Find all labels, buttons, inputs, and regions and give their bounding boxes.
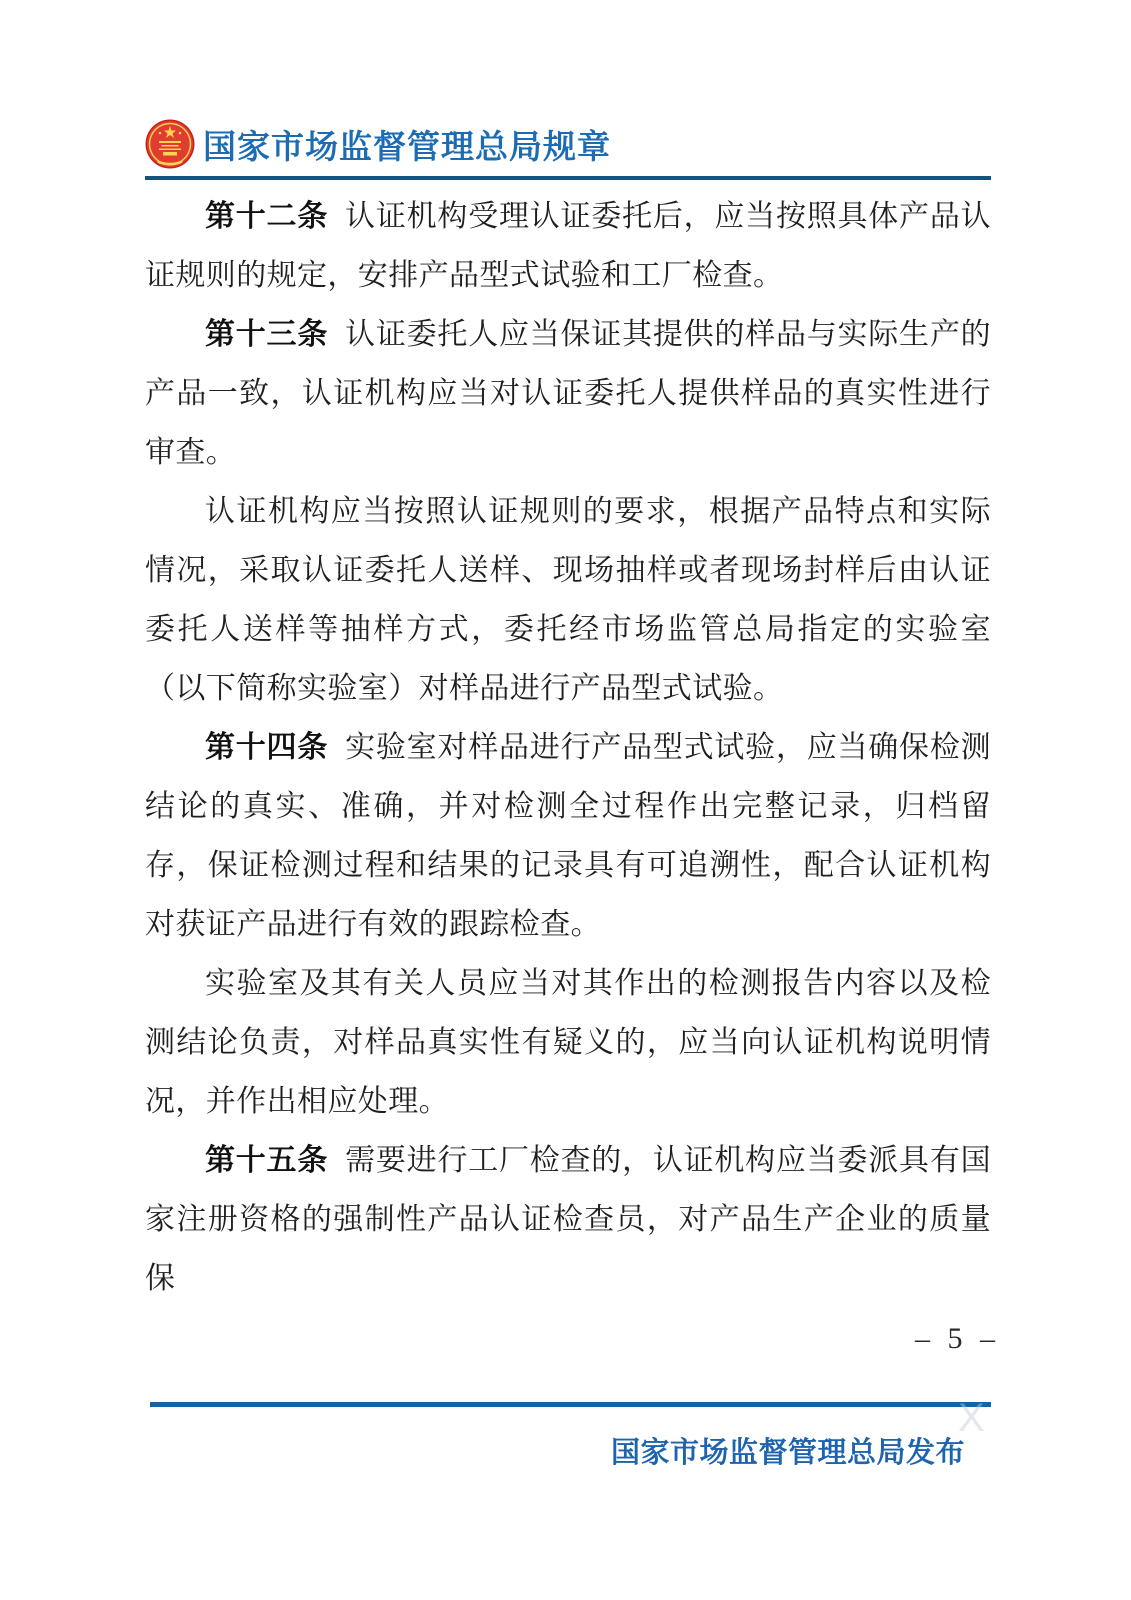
paragraph-text: 实验室及其有关人员应当对其作出的检测报告内容以及检测结论负责，对样品真实性有疑义… (145, 967, 991, 1118)
footer-rule (150, 1402, 991, 1407)
article-number: 第十三条 (205, 318, 328, 351)
paragraph: 实验室及其有关人员应当对其作出的检测报告内容以及检测结论负责，对样品真实性有疑义… (145, 954, 991, 1131)
paragraph: 第十三条认证委托人应当保证其提供的样品与实际生产的产品一致，认证机构应当对认证委… (145, 305, 991, 482)
paragraph: 认证机构应当按照认证规则的要求，根据产品特点和实际情况，采取认证委托人送样、现场… (145, 482, 991, 718)
paragraph-text: 认证机构应当按照认证规则的要求，根据产品特点和实际情况，采取认证委托人送样、现场… (145, 495, 991, 705)
header-rule (145, 176, 991, 180)
paragraph: 第十二条认证机构受理认证委托后，应当按照具体产品认证规则的规定，安排产品型式试验… (145, 187, 991, 305)
page-title: 国家市场监督管理总局规章 (203, 121, 611, 168)
page-number: – 5 – (915, 1322, 995, 1356)
article-number: 第十四条 (205, 731, 328, 764)
paragraph: 第十五条需要进行工厂检查的，认证机构应当委派具有国家注册资格的强制性产品认证检查… (145, 1131, 991, 1308)
national-emblem-icon (145, 118, 195, 170)
article-number: 第十五条 (205, 1144, 328, 1177)
publisher-label: 国家市场监督管理总局发布 (611, 1430, 965, 1471)
document-page: { "header": { "emblem_icon": "national-e… (0, 0, 1131, 1600)
article-number: 第十二条 (205, 200, 328, 233)
header: 国家市场监督管理总局规章 (145, 117, 991, 171)
paragraph: 第十四条实验室对样品进行产品型式试验，应当确保检测结论的真实、准确，并对检测全过… (145, 718, 991, 954)
document-body: 第十二条认证机构受理认证委托后，应当按照具体产品认证规则的规定，安排产品型式试验… (145, 187, 991, 1308)
